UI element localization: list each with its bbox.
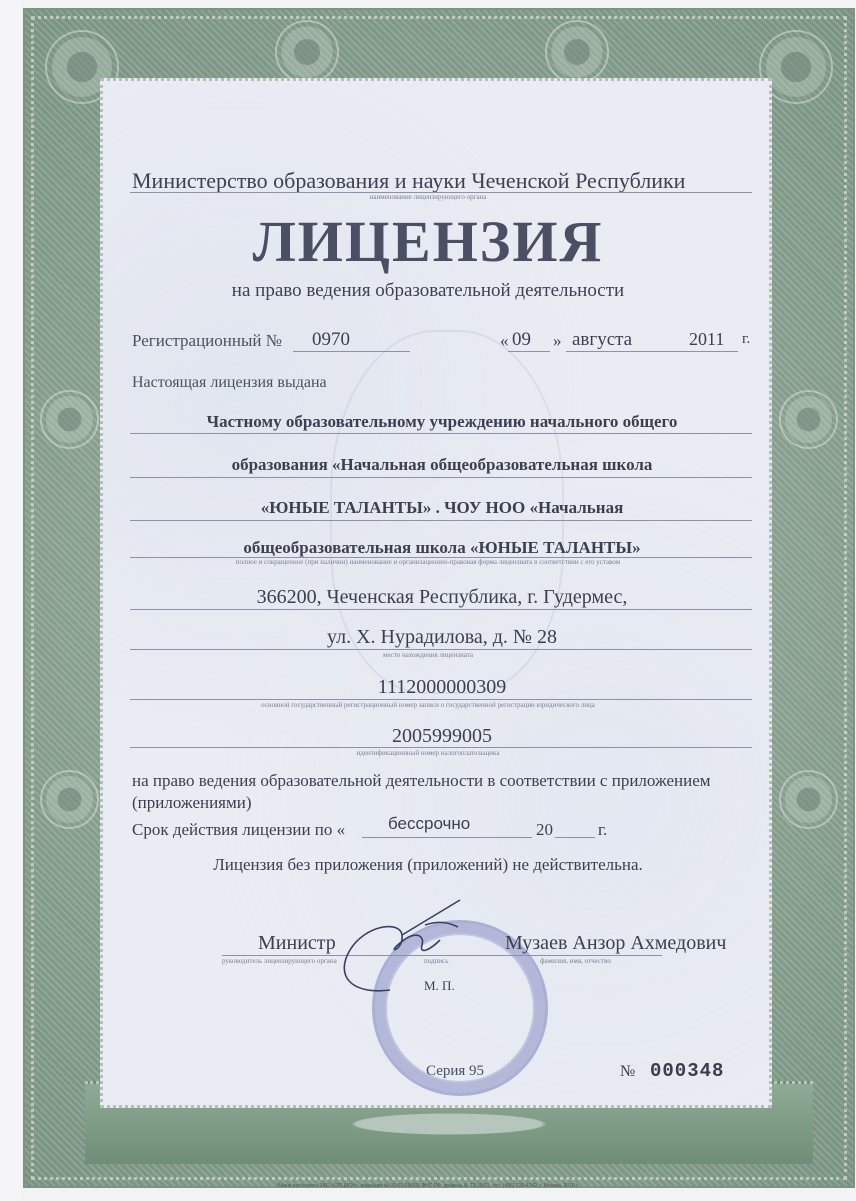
validity-year-prefix: 20 <box>536 820 553 840</box>
document-title: ЛИЦЕНЗИЯ <box>0 208 856 275</box>
registration-number: 0970 <box>312 329 350 351</box>
frame-rosette-icon <box>40 390 99 449</box>
serial-number: 000348 <box>650 1060 724 1082</box>
frame-rosette-icon <box>779 770 838 829</box>
licensee-line-4: общеобразовательная школа «ЮНЫЕ ТАЛАНТЫ» <box>132 538 752 558</box>
registration-year: 2011 <box>689 329 724 350</box>
frame-rosette-icon <box>275 20 339 84</box>
licensee-line-2: образования «Начальная общеобразовательн… <box>132 455 752 475</box>
address-line-1: 366200, Чеченская Республика, г. Гудерме… <box>132 586 752 609</box>
inn-value: 2005999005 <box>132 725 752 748</box>
signatory-role-caption: руководитель лицензирующего органа <box>222 957 337 965</box>
series-label: Серия 95 <box>426 1063 484 1080</box>
address-caption: место нахождения лицензиата <box>0 651 856 659</box>
ogrn-value: 1112000000309 <box>132 676 752 699</box>
signatory-name-caption: фамилия, имя, отчество <box>540 957 611 965</box>
inn-caption: идентификационный номер налогоплательщик… <box>0 749 856 757</box>
registration-label: Регистрационный № <box>132 331 282 351</box>
registration-day: 09 <box>512 329 531 351</box>
document-subtitle: на право ведения образовательной деятель… <box>0 280 856 302</box>
frame-rosette-icon <box>40 770 99 829</box>
licensee-caption: полное и сокращенное (при наличии) наиме… <box>0 558 856 566</box>
date-open-quote: « <box>500 331 509 351</box>
date-close-quote: » <box>553 331 562 351</box>
printer-note: Бланк изготовлен ЗАО «ОПЦИОН» лицензия №… <box>0 1183 856 1189</box>
issuing-authority: Министерство образования и науки Чеченск… <box>132 168 685 194</box>
validity-notice: Лицензия без приложения (приложений) не … <box>0 855 856 875</box>
registration-year-suffix: г. <box>742 331 750 348</box>
signatory-role: Министр <box>258 932 336 955</box>
validity-year-suffix: г. <box>598 820 607 840</box>
frame-rosette-icon <box>779 390 838 449</box>
issuing-authority-caption: наименование лицензирующего органа <box>0 193 856 201</box>
licensee-line-1: Частному образовательному учреждению нач… <box>132 412 752 432</box>
issued-to-label: Настоящая лицензия выдана <box>132 374 327 392</box>
seal-mark: М. П. <box>424 978 455 994</box>
signatory-name: Музаев Анзор Ахмедович <box>505 932 726 955</box>
licensee-line-3: «ЮНЫЕ ТАЛАНТЫ» . ЧОУ НОО «Начальная <box>132 498 752 518</box>
scope-text-line-2: (приложениями) <box>132 793 252 813</box>
frame-rosette-icon <box>545 20 609 84</box>
validity-value: бессрочно <box>388 814 470 834</box>
scope-text-line-1: на право ведения образовательной деятель… <box>132 771 711 791</box>
registration-month: августа <box>572 329 632 351</box>
ogrn-caption: основной государственный регистрационный… <box>0 701 856 709</box>
serial-number-label: № <box>620 1063 635 1081</box>
validity-label: Срок действия лицензии по « <box>132 820 345 840</box>
address-line-2: ул. Х. Нурадилова, д. № 28 <box>132 626 752 649</box>
